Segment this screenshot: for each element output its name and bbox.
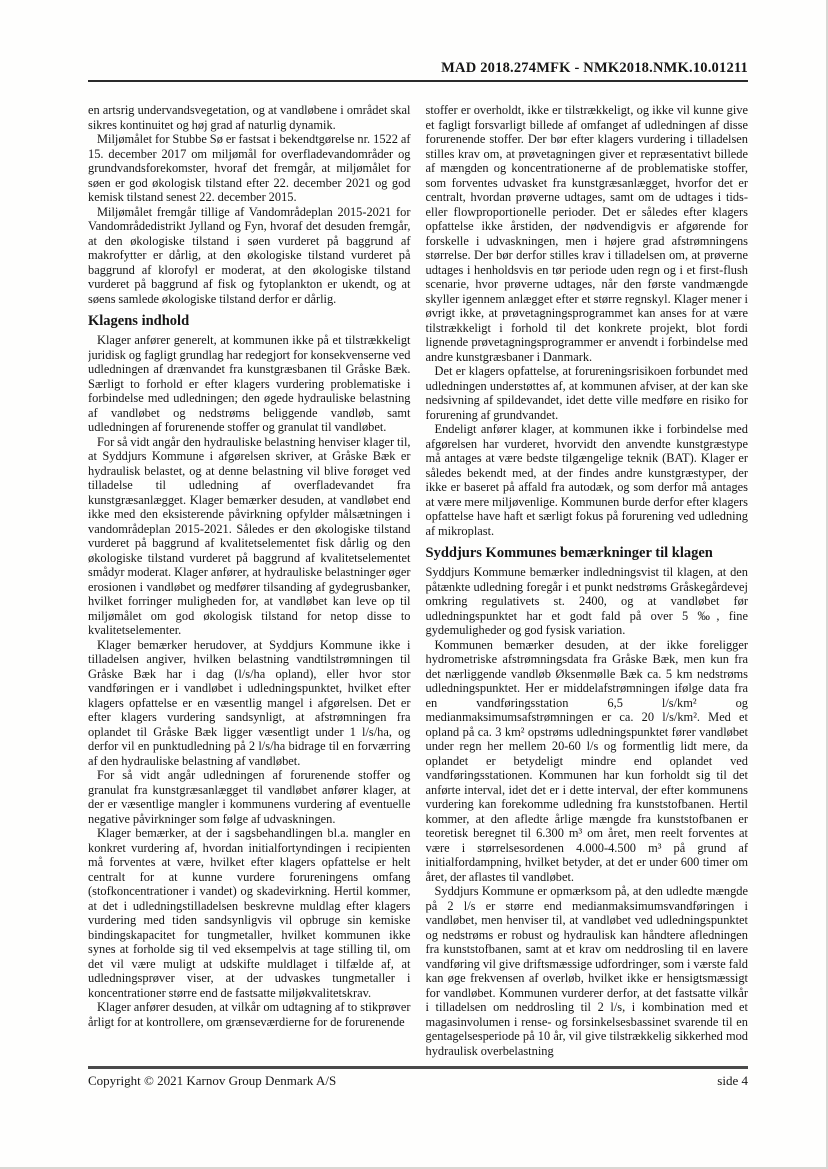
section-heading: Syddjurs Kommunes bemærkninger til klage…	[426, 545, 749, 562]
page-number: side 4	[717, 1073, 748, 1089]
paragraph: For så vidt angår den hydrauliske belast…	[88, 435, 411, 638]
document-page: MAD 2018.274MFK - NMK2018.NMK.10.01211 e…	[0, 0, 828, 1169]
page-header: MAD 2018.274MFK - NMK2018.NMK.10.01211	[88, 60, 748, 82]
paragraph: Syddjurs Kommune bemærker indledningsvis…	[426, 565, 749, 638]
section-heading: Klagens indhold	[88, 313, 411, 330]
document-reference: MAD 2018.274MFK - NMK2018.NMK.10.01211	[88, 60, 748, 77]
paragraph: Miljømålet for Stubbe Sø er fastsat i be…	[88, 132, 411, 205]
paragraph: Klager anfører generelt, at kommunen ikk…	[88, 333, 411, 435]
paragraph: Endeligt anfører klager, at kommunen ikk…	[426, 422, 749, 538]
page-footer: Copyright © 2021 Karnov Group Denmark A/…	[88, 1066, 748, 1089]
paragraph: Det er klagers opfattelse, at forurening…	[426, 364, 749, 422]
paragraph: Kommunen bemærker desuden, at der ikke f…	[426, 638, 749, 885]
header-rule	[88, 80, 748, 82]
copyright-notice: Copyright © 2021 Karnov Group Denmark A/…	[88, 1073, 336, 1089]
left-column: en artsrig undervandsvegetation, og at v…	[88, 103, 411, 1067]
paragraph: Klager bemærker herudover, at Syddjurs K…	[88, 638, 411, 769]
paragraph: Miljømålet fremgår tillige af Vandområde…	[88, 205, 411, 307]
right-column: stoffer er overholdt, ikke er tilstrække…	[426, 103, 749, 1067]
paragraph: en artsrig undervandsvegetation, og at v…	[88, 103, 411, 132]
paragraph: For så vidt angår udledningen af foruren…	[88, 768, 411, 826]
document-body: en artsrig undervandsvegetation, og at v…	[88, 103, 748, 1067]
footer-rule	[88, 1066, 748, 1069]
paragraph: stoffer er overholdt, ikke er tilstrække…	[426, 103, 749, 364]
paragraph: Klager bemærker, at der i sagsbehandling…	[88, 826, 411, 1000]
paragraph: Klager anfører desuden, at vilkår om udt…	[88, 1000, 411, 1029]
paragraph: Syddjurs Kommune er opmærksom på, at den…	[426, 884, 749, 1058]
